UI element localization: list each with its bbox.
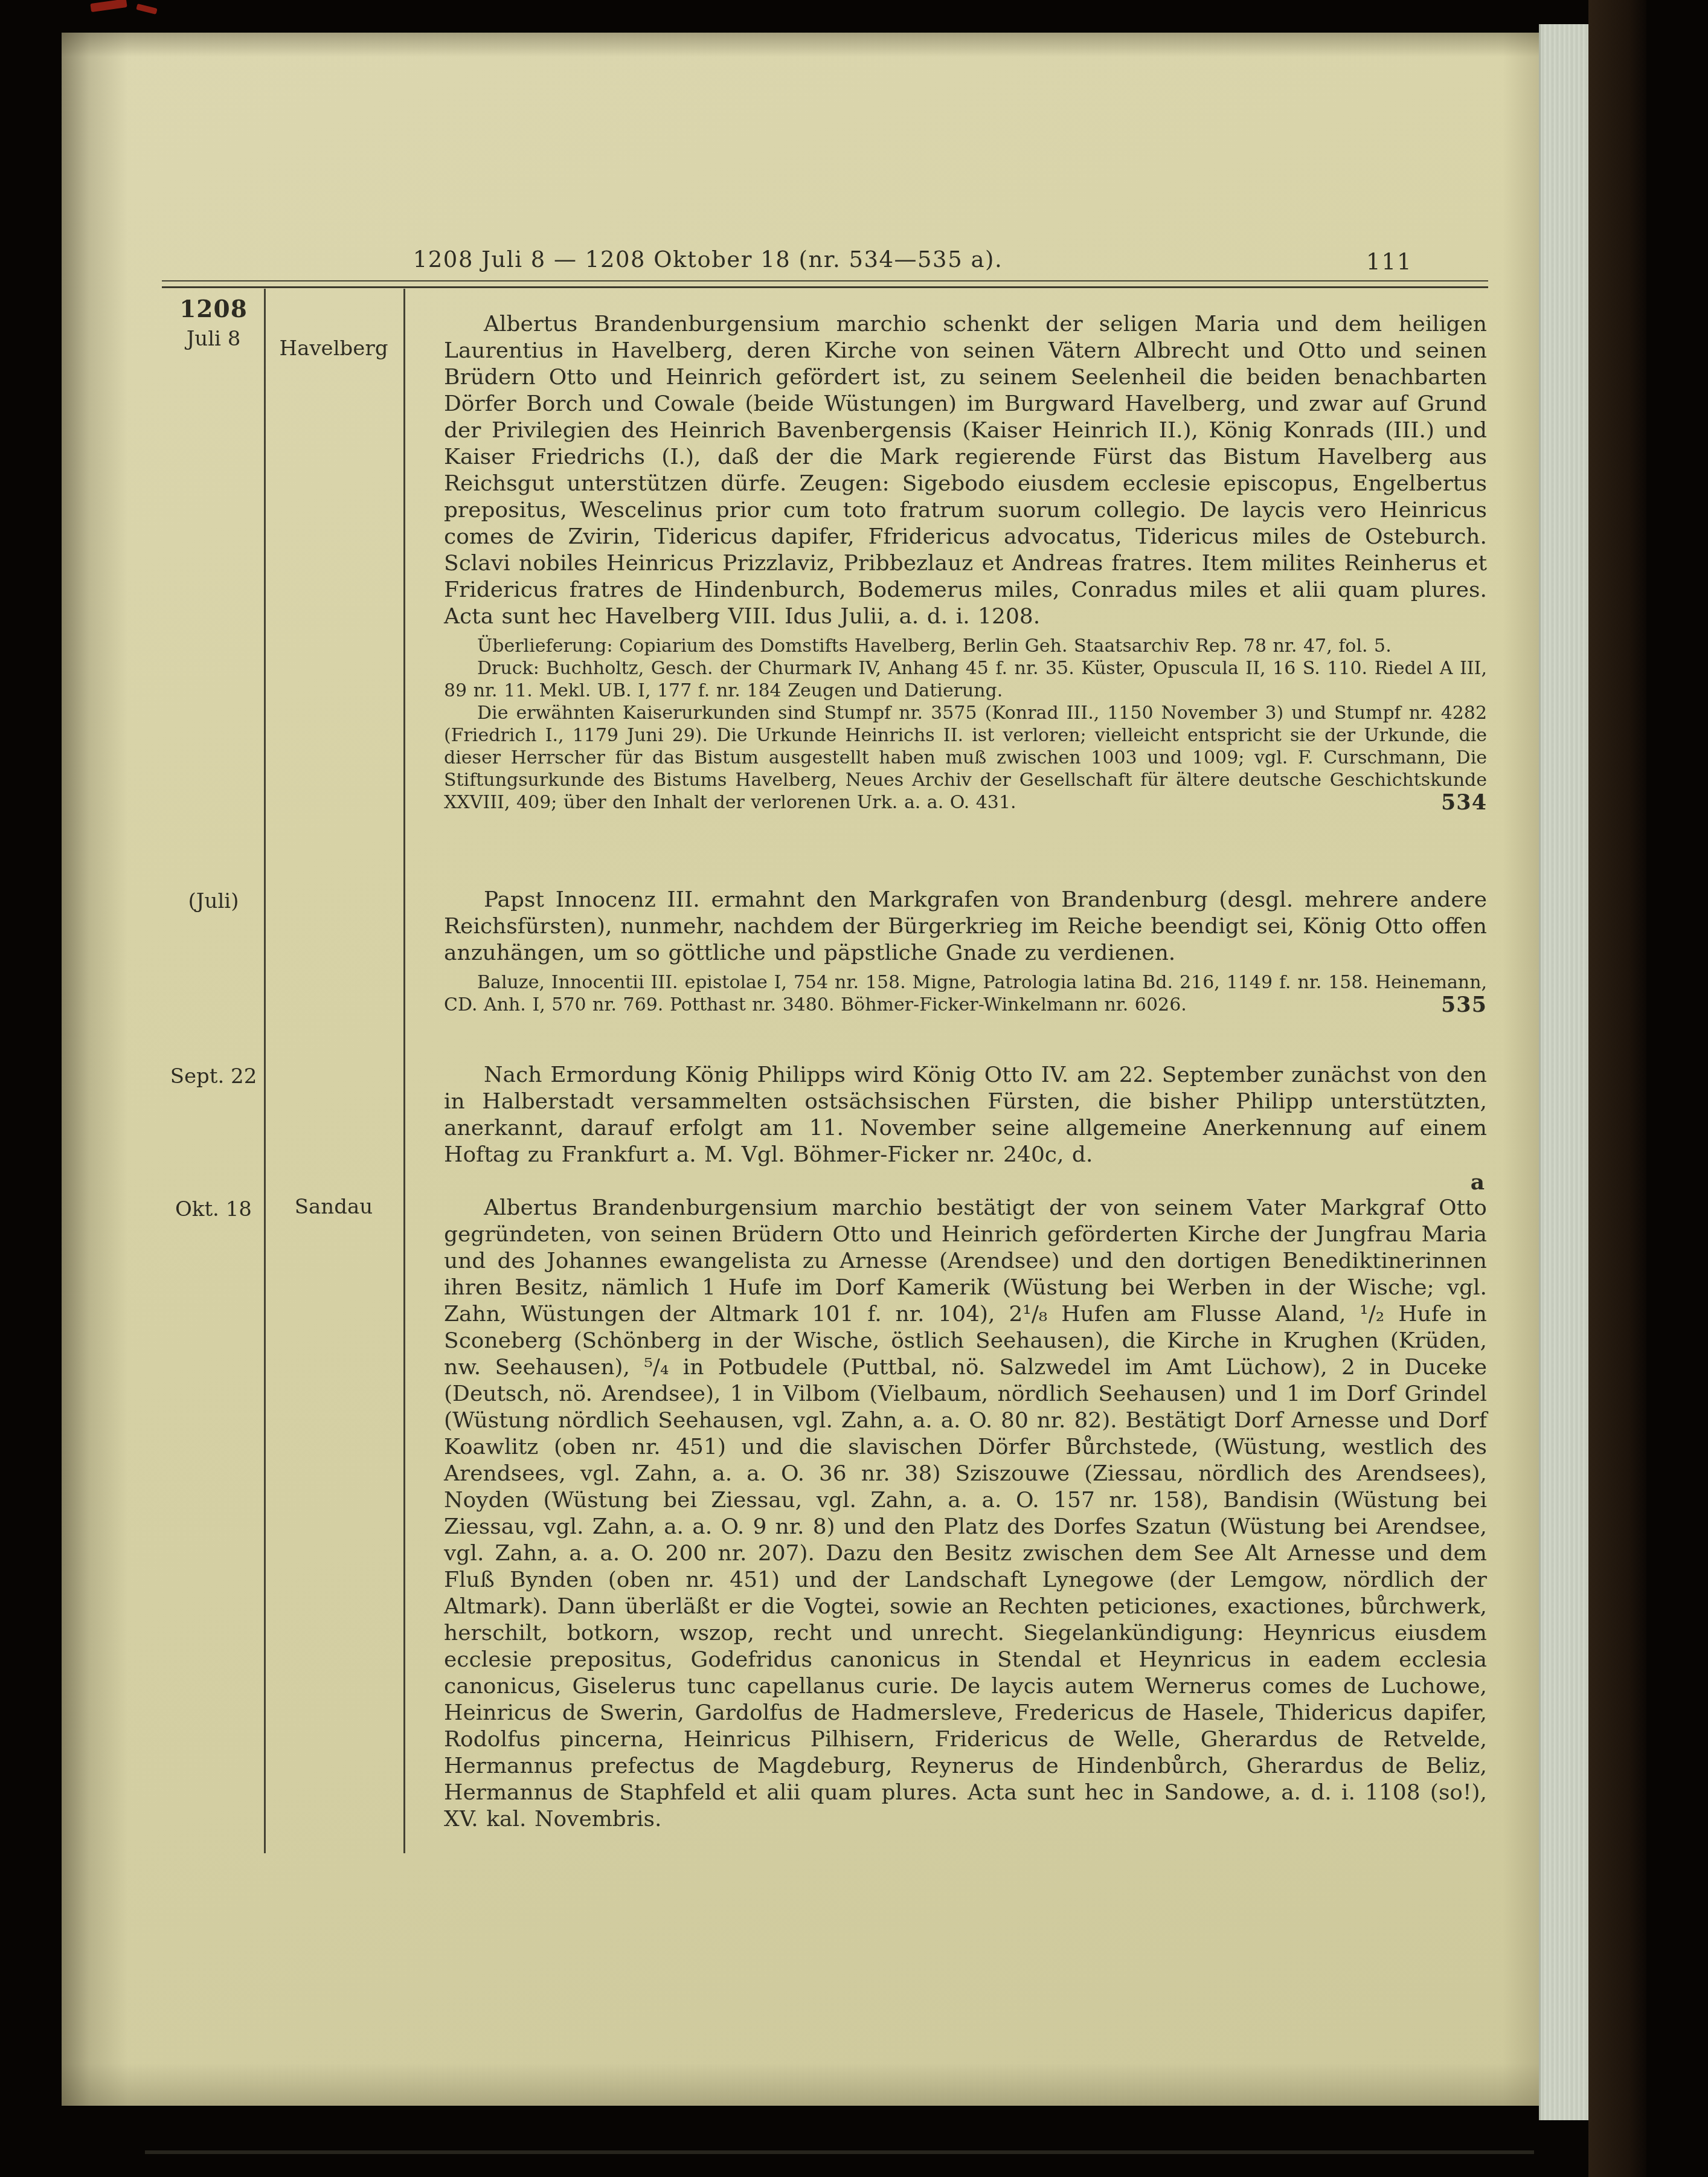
entry-text-column: Albertus Brandenburgensium marchio bestä…: [403, 1195, 1487, 1833]
margin-date: Juli 8: [163, 324, 264, 353]
entry-text-column: Albertus Brandenburgensium marchio schen…: [403, 294, 1487, 814]
header-double-rule: [162, 280, 1488, 288]
margin-date: (Juli): [163, 887, 264, 916]
note-druck: Baluze, Innocentii III. epistolae I, 754…: [444, 971, 1487, 1016]
entry-text-column: Papst Innocenz III. ermahnt den Markgraf…: [403, 887, 1487, 1016]
regesta-entry-okt18: Okt. 18 Sandau Albertus Brandenburgensiu…: [163, 1195, 1487, 1833]
entry-number: 535: [1441, 992, 1487, 1017]
entry-number: 534: [1441, 790, 1487, 815]
note-ueberlieferung: Überlieferung: Copiarium des Domstifts H…: [444, 635, 1487, 657]
entry-date-column: 1208 Juli 8: [163, 294, 264, 814]
entry-place-column: Sandau: [264, 1195, 403, 1833]
red-pen-mark: [90, 0, 127, 12]
book-cover-edge: [1588, 0, 1646, 2177]
regesta-entry-534: 1208 Juli 8 Havelberg Albertus Brandenbu…: [163, 294, 1487, 814]
entry-body: Nach Ermordung König Philipps wird König…: [444, 1062, 1487, 1168]
margin-date: Sept. 22: [163, 1062, 264, 1091]
red-pen-mark: [136, 4, 157, 14]
scanned-book-page: { "page": { "header": { "title": "1208 J…: [0, 0, 1708, 2177]
entry-body: Albertus Brandenburgensium marchio schen…: [444, 311, 1487, 630]
margin-date: Okt. 18: [163, 1195, 264, 1224]
entry-place-column: [264, 1062, 403, 1196]
entry-number: a: [444, 1168, 1487, 1196]
margin-place: Sandau: [264, 1195, 403, 1219]
page-bottom-edge: [145, 2150, 1534, 2154]
regesta-entry-535: (Juli) Papst Innocenz III. ermahnt den M…: [163, 887, 1487, 1016]
page-number: 111: [1366, 249, 1433, 275]
margin-year: 1208: [163, 294, 264, 324]
running-head: 1208 Juli 8 — 1208 Oktober 18 (nr. 534—5…: [387, 246, 1029, 272]
entry-notes: Überlieferung: Copiarium des Domstifts H…: [444, 635, 1487, 814]
page-stack-edge: [1539, 24, 1590, 2120]
entry-body: Albertus Brandenburgensium marchio bestä…: [444, 1195, 1487, 1833]
entry-date-column: Sept. 22: [163, 1062, 264, 1196]
entry-body: Papst Innocenz III. ermahnt den Markgraf…: [444, 887, 1487, 966]
entry-notes: Baluze, Innocentii III. epistolae I, 754…: [444, 971, 1487, 1016]
note-druck: Druck: Buchholtz, Gesch. der Churmark IV…: [444, 657, 1487, 702]
note-kommentar: Die erwähnten Kaiserurkunden sind Stumpf…: [444, 702, 1487, 814]
entry-place-column: [264, 887, 403, 1016]
entry-place-column: Havelberg: [264, 294, 403, 814]
entry-date-column: Okt. 18: [163, 1195, 264, 1833]
margin-place: Havelberg: [264, 336, 403, 361]
entry-text-column: Nach Ermordung König Philipps wird König…: [403, 1062, 1487, 1196]
regesta-entry-535a: Sept. 22 Nach Ermordung König Philipps w…: [163, 1062, 1487, 1196]
entry-date-column: (Juli): [163, 887, 264, 1016]
